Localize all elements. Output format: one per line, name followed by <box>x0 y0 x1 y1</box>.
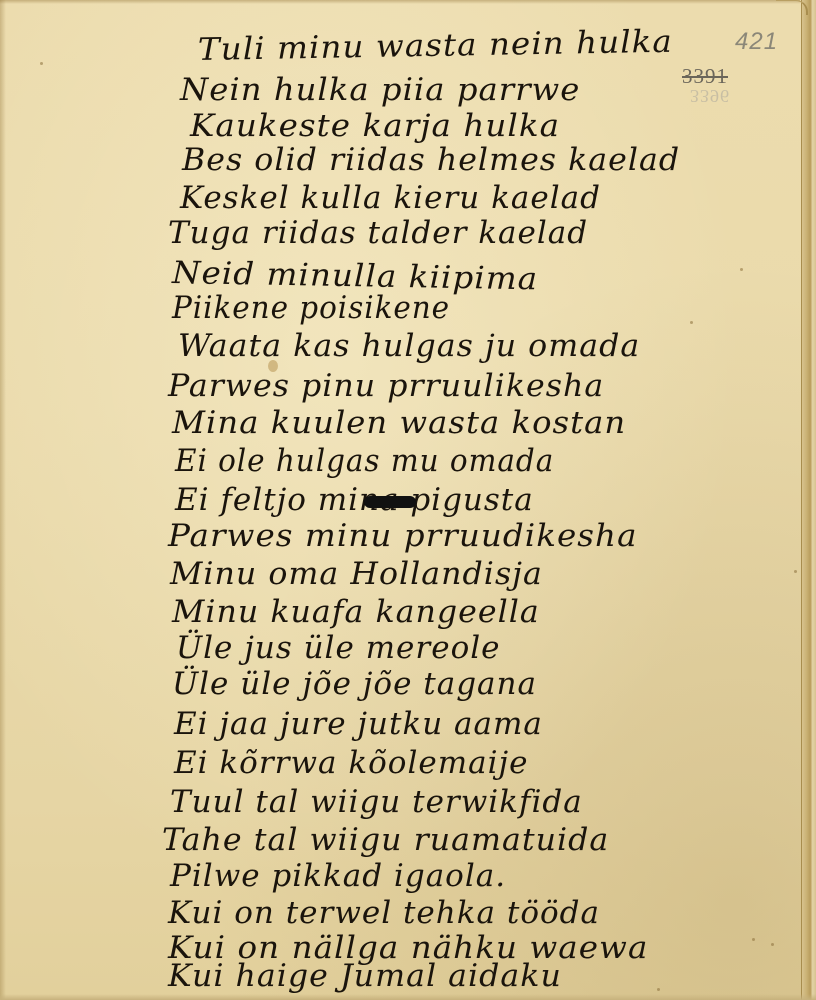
manuscript-line-with-strikeout: Ei feltjo mina pigusta <box>175 482 534 518</box>
manuscript-line: Ei ole hulgas mu omada <box>175 443 554 479</box>
manuscript-line: Tuli minu wasta nein hulka <box>198 24 673 68</box>
manuscript-line: Minu kuafa kangeella <box>172 594 540 630</box>
manuscript-line: Üle jus üle mereole <box>176 630 501 666</box>
manuscript-line: Bes olid riidas helmes kaelad <box>182 142 680 178</box>
manuscript-line: Mina kuulen wasta kostan <box>172 405 626 441</box>
manuscript-line: Pilwe pikkad igaola. <box>170 858 506 894</box>
manuscript-line: Tuul tal wiigu terwikfida <box>170 784 583 820</box>
manuscript-line: Minu oma Hollandisja <box>170 556 543 592</box>
manuscript-line: Üle üle jõe jõe tagana <box>172 666 537 702</box>
manuscript-line: Ei jaa jure jutku aama <box>174 706 543 742</box>
manuscript-line: Tahe tal wiigu ruamatuida <box>162 822 609 858</box>
manuscript-line: Waata kas hulgas ju omada <box>178 328 640 364</box>
manuscript-line: Parwes pinu prruulikesha <box>168 368 604 404</box>
manuscript-line: Kui haige Jumal aidaku <box>168 958 562 994</box>
ink-strikeout-mark <box>364 496 416 508</box>
handwritten-text-block: Tuli minu wasta nein hulka Nein hulka pi… <box>0 0 816 1000</box>
manuscript-line: Kaukeste karja hulka <box>190 108 560 144</box>
manuscript-page: 421 3391 3396 Tuli minu wasta nein hulka… <box>0 0 816 1000</box>
manuscript-line: Tuga riidas talder kaelad <box>168 215 588 251</box>
manuscript-line: Nein hulka piia parrwe <box>180 72 580 108</box>
manuscript-line: Ei kõrrwa kõolemaije <box>174 745 528 781</box>
manuscript-line: Parwes minu prruudikesha <box>168 518 638 554</box>
manuscript-line: Kui on terwel tehka tööda <box>168 895 600 931</box>
manuscript-line: Keskel kulla kieru kaelad <box>180 180 601 216</box>
manuscript-line: Piikene poisikene <box>172 290 450 326</box>
